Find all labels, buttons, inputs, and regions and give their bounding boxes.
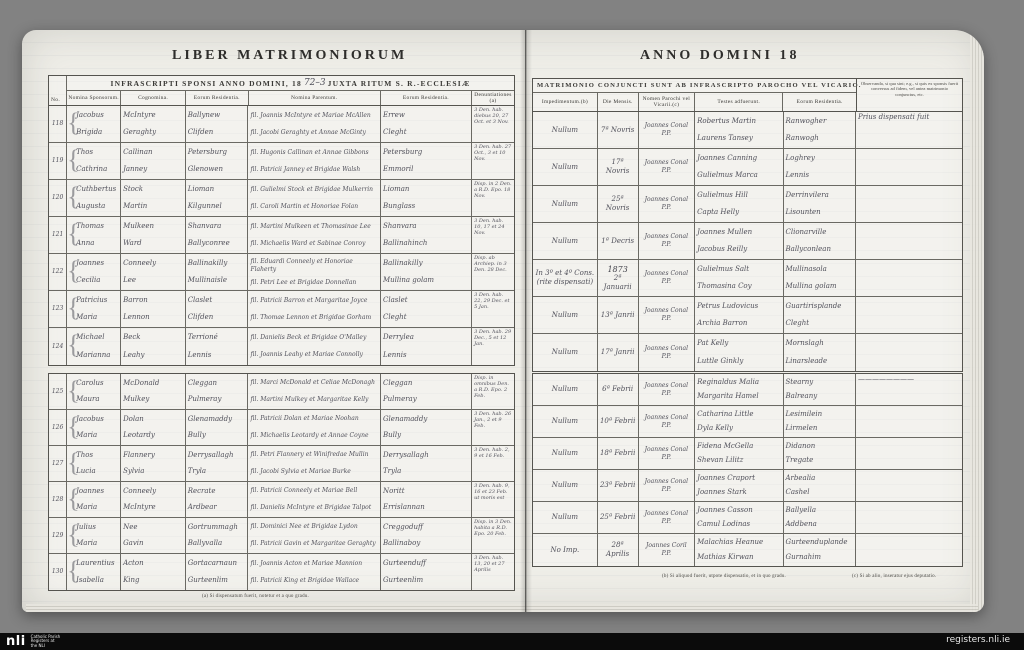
- observanda-entry-cell: [856, 297, 962, 333]
- witnesses-cell: Fidena McGella Shevan Lilitz: [695, 438, 783, 469]
- bride-surname: Leotardy: [123, 431, 183, 440]
- column-header-testes-residentia: Eorum Residentia.: [783, 93, 856, 111]
- witness-1: Pat Kelly: [697, 339, 780, 348]
- priest-signature: Joannes Conal P.P.: [639, 334, 696, 371]
- page-stack-edge-bottom: [26, 604, 978, 612]
- witnesses-cell: Gulielmus Hill Capta Helly: [695, 186, 783, 222]
- bride-surname: McIntyre: [123, 503, 183, 512]
- left-register-row: 124 { Michael Marianna Beck Leahy Terrio…: [49, 328, 514, 365]
- parentum-cell: fil. Petri Flannery et Winifredae Mullin…: [248, 446, 381, 481]
- sponsor-names-cell: { Thos Lucia: [67, 446, 121, 481]
- witness-1-residence: Clionarville: [786, 228, 854, 237]
- groom-name: Thos: [76, 148, 118, 157]
- witness-residence-cell: Loghrey Lennis: [784, 149, 857, 185]
- parents-residentia-cell: Creggoduff Ballinaboy: [381, 518, 472, 553]
- groom-parents: fil. Joannis Acton et Mariae Mannion: [250, 560, 378, 568]
- priest-signature: Joannes Conal P.P.: [639, 186, 696, 222]
- bracket-glyph: {: [67, 143, 79, 177]
- denuntiationes-note: Disp. in omnibus Den. a R.D. Epo. 2 Feb.: [472, 374, 514, 409]
- bride-surname: Geraghty: [123, 128, 183, 137]
- residentia-cell: Glenamaddy Bully: [186, 410, 249, 445]
- marriage-date: 6ª Febrii: [602, 385, 633, 394]
- bride-name: Cathrina: [76, 165, 118, 174]
- impedimentum-value: Nullum: [533, 470, 598, 501]
- denuntiationes-note: 3 Den. hab. 22, 29 Dec. et 5 Jan.: [472, 291, 514, 327]
- bride-residence: Pulmeray: [188, 395, 246, 404]
- witness-2: Laurens Tansey: [697, 134, 780, 143]
- observanda-note: Observanda, si qua sint; e.g., si quis e…: [860, 81, 959, 97]
- groom-residence: Glenamaddy: [188, 415, 246, 424]
- sponsor-names-cell: { Joannes Maria: [67, 482, 121, 517]
- witnesses-cell: Joannes Mullen Jacobus Reilly: [695, 223, 783, 259]
- witness-residence-cell: Gurteenduplande Gurnahim: [784, 534, 857, 566]
- groom-parents: fil. Patricii Dolan et Mariae Noohan: [250, 415, 378, 423]
- date-cell: 6ª Febrii: [598, 374, 639, 405]
- left-register-row: 128 { Joannes Maria Conneely McIntyre Re…: [49, 482, 514, 518]
- witness-residence-cell: Stearny Balreany: [784, 374, 857, 405]
- groom-residence: Claslet: [188, 296, 246, 305]
- left-register-row: 123 { Patricius Maria Barron Lennon Clas…: [49, 291, 514, 328]
- witness-1-residence: Derrinvilera: [786, 191, 854, 200]
- sponsor-names-cell: { Cuthbertus Augusta: [67, 180, 121, 216]
- witness-1: Reginaldus Malia: [697, 378, 780, 387]
- groom-name: Cuthbertus: [76, 185, 118, 194]
- groom-name: Michael: [76, 333, 118, 342]
- witness-residence-cell: Clionarville Ballyconlean: [784, 223, 857, 259]
- priest-signature: Joannes Conal P.P.: [639, 470, 696, 501]
- groom-parents: fil. Danielis Beck et Brigidae O'Malley: [250, 334, 378, 342]
- parentum-cell: fil. Gulielmi Stock et Brigidae Mulkerri…: [248, 180, 381, 216]
- bride-parents-residence: Pulmeray: [383, 395, 469, 404]
- left-rows-block2: 125 { Carolus Maura McDonald Mulkey Cleg…: [48, 373, 515, 591]
- observanda-entry-cell: [856, 438, 962, 469]
- left-footnote-a: (a) Si dispensatum fuerit, notetur et a …: [202, 594, 309, 599]
- parents-residentia-cell: Derrylea Lennis: [381, 328, 472, 365]
- bride-surname: Janney: [123, 165, 183, 174]
- bride-residence: Clifden: [188, 128, 246, 137]
- witness-1-residence: Mornslagh: [786, 339, 854, 348]
- groom-name: Joannes: [76, 487, 118, 496]
- right-register-row: Nullum 13ª Janrii Joannes Conal P.P. Pet…: [533, 297, 962, 334]
- bride-residence: Ballyconree: [188, 239, 246, 248]
- bride-surname: Sylvia: [123, 467, 183, 476]
- impedimentum-value: Nullum: [533, 223, 598, 259]
- witnesses-cell: Joannes Craport Joannes Stark: [695, 470, 783, 501]
- cognomina-cell: McDonald Mulkey: [121, 374, 186, 409]
- sponsor-names-cell: { Joannes Cecilia: [67, 254, 121, 290]
- observanda-entry-cell: [856, 223, 962, 259]
- witnesses-cell: Joannes Canning Gulielmus Marca: [695, 149, 783, 185]
- cognomina-cell: Mulkeen Ward: [121, 217, 186, 253]
- witness-1: Gulielmus Salt: [697, 265, 780, 274]
- groom-surname: Barron: [123, 296, 183, 305]
- date-cell: 23ª Febrii: [598, 470, 639, 501]
- cognomina-cell: Beck Leahy: [121, 328, 186, 365]
- row-number: 128: [49, 482, 67, 517]
- impedimentum-value: No Imp.: [533, 534, 598, 566]
- residentia-cell: Terrioné Lennis: [186, 328, 249, 365]
- groom-residence: Cleggan: [188, 379, 246, 388]
- bride-name: Maria: [76, 539, 118, 548]
- marriage-date: 25ª Febrii: [600, 513, 635, 522]
- witness-1-residence: Gurteenduplande: [786, 538, 854, 547]
- parentum-cell: fil. Hugonis Callinan et Annae Gibbons f…: [248, 143, 381, 179]
- right-register-row: Nullum 1ª Decris Joannes Conal P.P. Joan…: [533, 223, 962, 260]
- witness-1-residence: Stearny: [786, 378, 854, 387]
- residentia-cell: Ballinakilly Mullinaisle: [186, 254, 249, 290]
- marriage-date: 25ª Novris: [600, 195, 636, 213]
- row-number: 129: [49, 518, 67, 553]
- priest-signature: Joannes Conal P.P.: [639, 149, 696, 185]
- right-rows-block2: Nullum 6ª Febrii Joannes Conal P.P. Regi…: [532, 373, 963, 567]
- sponsor-names-cell: { Michael Marianna: [67, 328, 121, 365]
- bracket-glyph: {: [67, 446, 79, 480]
- date-cell: 1873 2ª Januarii: [598, 260, 639, 296]
- impedimentum-value: Nullum: [533, 438, 598, 469]
- groom-parents: fil. Marci McDonald et Celiae McDonagh: [250, 379, 378, 387]
- left-register-row: 121 { Thomas Anna Mulkeen Ward Shanvara …: [49, 217, 514, 254]
- impedimentum-value: Nullum: [533, 374, 598, 405]
- witness-residence-cell: Ballyella Addbena: [784, 502, 857, 533]
- witnesses-cell: Robertus Martin Laurens Tansey: [695, 112, 783, 148]
- column-header-die-mensis: Die Mensis.: [598, 93, 639, 111]
- cognomina-cell: Nee Gavin: [121, 518, 186, 553]
- priest-signature: Joannes Conal P.P.: [639, 374, 696, 405]
- bride-surname: Mulkey: [123, 395, 183, 404]
- groom-residence: Derrysallagh: [188, 451, 246, 460]
- witness-2-residence: Cashel: [786, 488, 854, 497]
- bride-parents-residence: Emmoril: [383, 165, 469, 174]
- groom-parents: fil. Dominici Nee et Brigidae Lydon: [250, 523, 378, 531]
- witness-1: Malachias Heanue: [697, 538, 780, 547]
- witness-2: Gulielmus Marca: [697, 171, 780, 180]
- residentia-cell: Shanvara Ballyconree: [186, 217, 249, 253]
- groom-parents: fil. Eduardi Conneely et Honoriae Flaher…: [250, 258, 378, 274]
- right-register-row: In 3º et 4º Cons. (rite dispensati) 1873…: [533, 260, 962, 297]
- residentia-cell: Gortacarnaun Gurteenlim: [186, 554, 249, 590]
- witnesses-cell: Joannes Casson Camul Lodinas: [695, 502, 783, 533]
- site-url: registers.nli.ie: [946, 635, 1010, 645]
- denuntiationes-note: 3 Den. hab. 29 Dec., 5 et 12 Jan.: [472, 328, 514, 365]
- right-register-row: Nullum 23ª Febrii Joannes Conal P.P. Joa…: [533, 470, 962, 502]
- bride-parents-residence: Ballinahinch: [383, 239, 469, 248]
- sponsor-names-cell: { Thos Cathrina: [67, 143, 121, 179]
- right-register-row: No Imp. 28ª Aprilis Joannes Coril P.P. M…: [533, 534, 962, 566]
- date-cell: 10ª Febrii: [598, 406, 639, 437]
- column-header-parochus: Nomen Parochi vel Vicarii.(c): [639, 93, 696, 111]
- marriage-date: 28ª Aprilis: [600, 541, 636, 559]
- groom-name: Laurentius: [76, 559, 118, 568]
- bracket-glyph: {: [67, 106, 79, 140]
- caption-line-3: the NLI: [31, 644, 61, 649]
- bracket-glyph: {: [67, 217, 79, 251]
- groom-parents: fil. Joannis McIntyre et Mariae McAllen: [250, 112, 378, 120]
- witness-2-residence: Lirmelen: [786, 424, 854, 433]
- row-number: 122: [49, 254, 67, 290]
- witness-residence-cell: Lesimilein Lirmelen: [784, 406, 857, 437]
- sponsor-names-cell: { Laurentius Isabella: [67, 554, 121, 590]
- groom-parents: fil. Gulielmi Stock et Brigidae Mulkerri…: [250, 186, 378, 194]
- groom-parents: fil. Hugonis Callinan et Annae Gibbons: [250, 149, 378, 157]
- parentum-cell: fil. Patricii Conneely et Mariae Bell fi…: [248, 482, 381, 517]
- residentia-cell: Derrysallagh Tryla: [186, 446, 249, 481]
- bride-parents-residence: Bully: [383, 431, 469, 440]
- witness-1: Robertus Martin: [697, 117, 780, 126]
- priest-signature: Joannes Conal P.P.: [639, 297, 696, 333]
- observanda-entry-cell: [856, 534, 962, 566]
- impedimentum-value: Nullum: [533, 297, 598, 333]
- witness-2: Mathias Kirwan: [697, 553, 780, 562]
- column-header-denuntiationes: Denuntiationes (a): [472, 91, 514, 105]
- date-cell: 1ª Decris: [598, 223, 639, 259]
- right-register-table: MATRIMONIO CONJUNCTI SUNT AB INFRASCRIPT…: [532, 78, 963, 372]
- bride-residence: Bully: [188, 431, 246, 440]
- groom-parents-residence: Petersburg: [383, 148, 469, 157]
- left-register-row: 122 { Joannes Cecilia Conneely Lee Balli…: [49, 254, 514, 291]
- bride-parents: fil. Jacobi Geraghty et Annae McGinty: [250, 129, 378, 137]
- right-register-row: Nullum 17ª Janrii Joannes Conal P.P. Pat…: [533, 334, 962, 371]
- left-register-row: 118 { Jacobus Brigida McIntyre Geraghty …: [49, 106, 514, 143]
- left-register-row: 130 { Laurentius Isabella Acton King Gor…: [49, 554, 514, 590]
- left-register-row: 126 { Jacobus Maria Dolan Leotardy Glena…: [49, 410, 514, 446]
- witness-2: Thomasina Coy: [697, 282, 780, 291]
- groom-surname: Stock: [123, 185, 183, 194]
- witness-1: Catharina Little: [697, 410, 780, 419]
- parents-residentia-cell: Glenamaddy Bully: [381, 410, 472, 445]
- groom-surname: Beck: [123, 333, 183, 342]
- bride-surname: Martin: [123, 202, 183, 211]
- witness-1-residence: Loghrey: [786, 154, 854, 163]
- right-register-row: Nullum 7ª Novris Joannes Conal P.P. Robe…: [533, 112, 962, 149]
- cognomina-cell: Conneely McIntyre: [121, 482, 186, 517]
- row-number: 130: [49, 554, 67, 590]
- bride-residence: Kilgunnel: [188, 202, 246, 211]
- bride-name: Isabella: [76, 576, 118, 585]
- groom-residence: Ballynew: [188, 111, 246, 120]
- witness-residence-cell: Ranwogher Ranwogh: [784, 112, 857, 148]
- marriage-date: 13ª Janrii: [601, 311, 635, 320]
- bride-parents: fil. Patricii Janney et Brigidae Walsh: [250, 166, 378, 174]
- column-header-impedimentum: Impedimentum.(b): [533, 93, 598, 111]
- bride-name: Maria: [76, 503, 118, 512]
- witness-1-residence: Ballyella: [786, 506, 854, 515]
- left-register-table: No. INFRASCRIPTI SPONSI ANNO DOMINI, 18 …: [48, 75, 515, 366]
- residentia-cell: Claslet Clifden: [186, 291, 249, 327]
- bride-residence: Mullinaisle: [188, 276, 246, 285]
- bride-parents: fil. Thomae Lennon et Brigidae Gorham: [250, 314, 378, 322]
- bride-parents-residence: Tryla: [383, 467, 469, 476]
- witnesses-cell: Pat Kelly Luttle Ginkly: [695, 334, 783, 371]
- groom-name: Thos: [76, 451, 118, 460]
- marriage-date: 17ª Novris: [600, 158, 636, 176]
- observanda-entry-cell: [856, 334, 962, 371]
- groom-parents-residence: Ballinakilly: [383, 259, 469, 268]
- groom-parents-residence: Derrylea: [383, 333, 469, 342]
- bride-parents-residence: Ballinaboy: [383, 539, 469, 548]
- band-year-handwritten: 72–3: [304, 79, 326, 88]
- left-register-row: 125 { Carolus Maura McDonald Mulkey Cleg…: [49, 374, 514, 410]
- witness-residence-cell: Mullinasola Mullina golam: [784, 260, 857, 296]
- sponsor-names-cell: { Jacobus Brigida: [67, 106, 121, 142]
- groom-residence: Recrate: [188, 487, 246, 496]
- date-cell: 7ª Novris: [598, 112, 639, 148]
- observanda-entry-cell: ————————: [856, 374, 962, 405]
- groom-surname: McDonald: [123, 379, 183, 388]
- witness-1: Joannes Mullen: [697, 228, 780, 237]
- witness-residence-cell: Arbealia Cashel: [784, 470, 857, 501]
- right-table-band: MATRIMONIO CONJUNCTI SUNT AB INFRASCRIPT…: [537, 82, 862, 89]
- groom-name: Jacobus: [76, 415, 118, 424]
- marriage-date: 1ª Decris: [601, 237, 634, 246]
- witnesses-cell: Petrus Ludovicus Archia Barron: [695, 297, 783, 333]
- groom-parents-residence: Gurteenduff: [383, 559, 469, 568]
- column-header-no: No.: [49, 76, 67, 105]
- sponsor-names-cell: { Julius Maria: [67, 518, 121, 553]
- cognomina-cell: Conneely Lee: [121, 254, 186, 290]
- marriage-date: 17ª Janrii: [601, 348, 635, 357]
- groom-parents-residence: Cleggan: [383, 379, 469, 388]
- band-suffix: JUXTA RITUM S. R.-ECCLESIÆ: [328, 79, 471, 88]
- witnesses-cell: Gulielmus Salt Thomasina Coy: [695, 260, 783, 296]
- parentum-cell: fil. Martini Mulkeen et Thomasinae Lee f…: [248, 217, 381, 253]
- impedimentum-value: Nullum: [533, 502, 598, 533]
- groom-parents-residence: Lioman: [383, 185, 469, 194]
- groom-surname: Nee: [123, 523, 183, 532]
- witness-1: Gulielmus Hill: [697, 191, 780, 200]
- witness-2: Camul Lodinas: [697, 520, 780, 529]
- left-table-header: No. INFRASCRIPTI SPONSI ANNO DOMINI, 18 …: [49, 76, 514, 106]
- witness-2: Joannes Stark: [697, 488, 780, 497]
- witness-1-residence: Lesimilein: [786, 410, 854, 419]
- date-cell: 25ª Febrii: [598, 502, 639, 533]
- denuntiationes-note: 3 Den. hab. diebus 20, 27 Oct. et 3 Nov.: [472, 106, 514, 142]
- bride-parents-residence: Errislannan: [383, 503, 469, 512]
- bride-parents: fil. Martini Mulkey et Margaritae Kelly: [250, 396, 378, 404]
- witness-1: Petrus Ludovicus: [697, 302, 780, 311]
- right-register-row: Nullum 10ª Febrii Joannes Conal P.P. Cat…: [533, 406, 962, 438]
- date-cell: 25ª Novris: [598, 186, 639, 222]
- denuntiationes-note: Disp. in 3 Den. habita a R.D. Epo. 20 Fe…: [472, 518, 514, 553]
- witness-1-residence: Arbealia: [786, 474, 854, 483]
- witness-2: Luttle Ginkly: [697, 357, 780, 366]
- left-table-band: INFRASCRIPTI SPONSI ANNO DOMINI, 18 72–3…: [67, 76, 514, 91]
- right-page-title: ANNO DOMINI 18: [640, 48, 799, 64]
- residentia-cell: Ballynew Clifden: [186, 106, 249, 142]
- groom-name: Joannes: [76, 259, 118, 268]
- groom-name: Patricius: [76, 296, 118, 305]
- bride-residence: Ardbear: [188, 503, 246, 512]
- priest-signature: Joannes Conal P.P.: [639, 223, 696, 259]
- bride-parents-residence: Cleght: [383, 313, 469, 322]
- groom-residence: Shanvara: [188, 222, 246, 231]
- denuntiationes-note: 3 Den. hab. 2, 9 et 16 Feb.: [472, 446, 514, 481]
- date-cell: 17ª Novris: [598, 149, 639, 185]
- bride-name: Cecilia: [76, 276, 118, 285]
- marriage-date: 23ª Febrii: [600, 481, 635, 490]
- parents-residentia-cell: Noritt Errislannan: [381, 482, 472, 517]
- witness-2-residence: Mullina golam: [786, 282, 854, 291]
- date-cell: 28ª Aprilis: [598, 534, 639, 566]
- witness-1: Fidena McGella: [697, 442, 780, 451]
- right-register-row: Nullum 17ª Novris Joannes Conal P.P. Joa…: [533, 149, 962, 186]
- groom-surname: Flannery: [123, 451, 183, 460]
- impedimentum-value: Nullum: [533, 334, 598, 371]
- parentum-cell: fil. Danielis Beck et Brigidae O'Malley …: [248, 328, 381, 365]
- witness-2-residence: Gurnahim: [786, 553, 854, 562]
- witness-2-residence: Ballyconlean: [786, 245, 854, 254]
- denuntiationes-note: 3 Den. hab. 26 Jan., 2 et 9 Feb.: [472, 410, 514, 445]
- bracket-glyph: {: [67, 180, 79, 214]
- denuntiationes-note: 3 Den. hab. 10, 17 et 24 Nov.: [472, 217, 514, 253]
- witness-2-residence: Tregate: [786, 456, 854, 465]
- bride-parents: fil. Caroli Martin et Honoriae Folan: [250, 203, 378, 211]
- bracket-glyph: {: [67, 518, 79, 552]
- witness-residence-cell: Mornslagh Linarsleade: [784, 334, 857, 371]
- bride-parents-residence: Gurteenlim: [383, 576, 469, 585]
- sponsor-names-cell: { Jacobus Maria: [67, 410, 121, 445]
- bride-residence: Lennis: [188, 351, 246, 360]
- residentia-cell: Lioman Kilgunnel: [186, 180, 249, 216]
- witness-2-residence: Balreany: [786, 392, 854, 401]
- bride-residence: Gurteenlim: [188, 576, 246, 585]
- bride-surname: Ward: [123, 239, 183, 248]
- nli-logo: nli: [6, 635, 26, 648]
- right-footnote-c: (c) Si ab alio, inseratur ejus deputatio…: [852, 574, 936, 579]
- observanda-entry-cell: [856, 502, 962, 533]
- witness-2-residence: Lisounten: [786, 208, 854, 217]
- bride-parents-residence: Bunglass: [383, 202, 469, 211]
- right-register-row: Nullum 6ª Febrii Joannes Conal P.P. Regi…: [533, 374, 962, 406]
- marriage-date: 2ª Januarii: [600, 274, 636, 292]
- groom-parents: fil. Martini Mulkeen et Thomasinae Lee: [250, 223, 378, 231]
- observanda-entry-cell: [856, 406, 962, 437]
- witness-1-residence: Mullinasola: [786, 265, 854, 274]
- row-number: 124: [49, 328, 67, 365]
- page-stack-edge-right: [970, 30, 984, 612]
- left-register-row: 129 { Julius Maria Nee Gavin Gortrummagh…: [49, 518, 514, 554]
- right-register-row: Nullum 25ª Febrii Joannes Conal P.P. Joa…: [533, 502, 962, 534]
- parentum-cell: fil. Dominici Nee et Brigidae Lydon fil.…: [248, 518, 381, 553]
- groom-surname: Conneely: [123, 487, 183, 496]
- left-register-row: 119 { Thos Cathrina Callinan Janney Pete…: [49, 143, 514, 180]
- priest-signature: Joannes Coril P.P.: [639, 534, 696, 566]
- right-footnote-b: (b) Si aliquod fuerit, utpote dispensati…: [662, 574, 786, 579]
- bride-surname: King: [123, 576, 183, 585]
- witness-residence-cell: Guartirisplande Cleght: [784, 297, 857, 333]
- right-rows-block1: Nullum 7ª Novris Joannes Conal P.P. Robe…: [533, 112, 962, 371]
- denuntiationes-note: 3 Den. hab. 13, 20 et 27 Aprilis: [472, 554, 514, 590]
- bride-surname: Leahy: [123, 351, 183, 360]
- bride-parents: fil. Patricii Gavin et Margaritae Geragh…: [250, 540, 378, 548]
- groom-parents-residence: Shanvara: [383, 222, 469, 231]
- groom-parents-residence: Creggoduff: [383, 523, 469, 532]
- bride-surname: Lee: [123, 276, 183, 285]
- bride-name: Lucia: [76, 467, 118, 476]
- bride-parents: fil. Michaelis Leotardy et Annae Coyne: [250, 432, 378, 440]
- witnesses-cell: Reginaldus Malia Margarita Hamel: [695, 374, 783, 405]
- denuntiationes-note: Disp. ab Archiep. in 3 Den. 28 Dec.: [472, 254, 514, 290]
- witness-2: Capta Helly: [697, 208, 780, 217]
- column-header-parentum: Nomina Parentum.: [249, 91, 381, 105]
- bride-parents: fil. Patricii King et Brigidae Wallace: [250, 577, 378, 585]
- bride-parents: fil. Petri Lee et Brigidae Donnellan: [250, 279, 378, 287]
- date-cell: 13ª Janrii: [598, 297, 639, 333]
- priest-signature: Joannes Conal P.P.: [639, 438, 696, 469]
- witness-2: Dyla Kelly: [697, 424, 780, 433]
- witnesses-cell: Catharina Little Dyla Kelly: [695, 406, 783, 437]
- bracket-glyph: {: [67, 482, 79, 516]
- groom-name: Thomas: [76, 222, 118, 231]
